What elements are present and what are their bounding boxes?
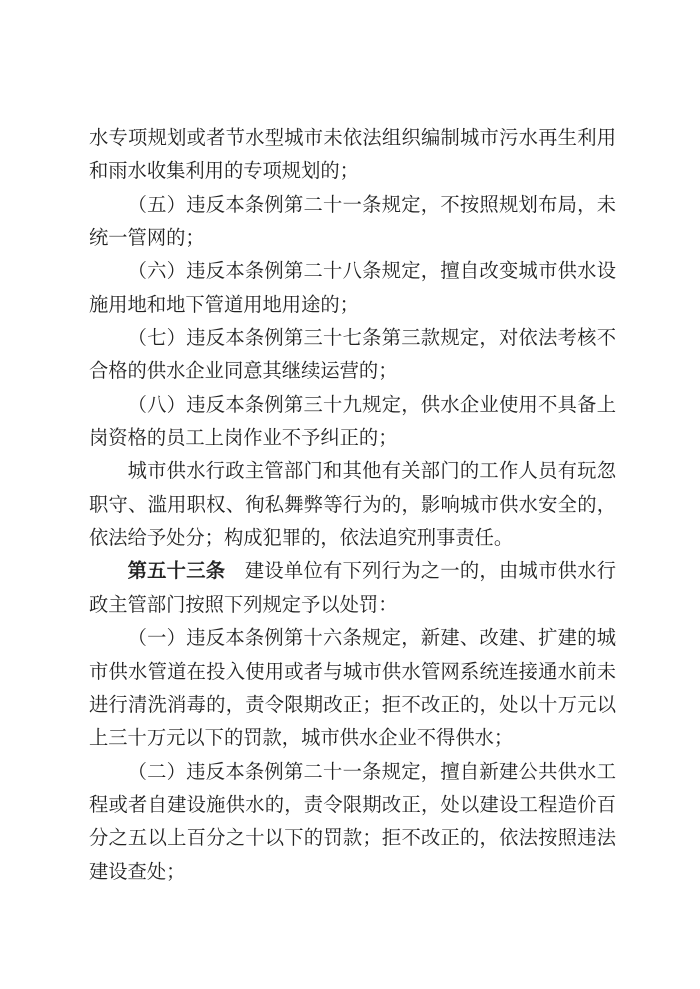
- article-number: 第五十三条: [128, 561, 226, 582]
- paragraph-continuation-clause: 水专项规划或者节水型城市未依法组织编制城市污水再生利用和雨水收集利用的专项规划的…: [89, 122, 616, 189]
- document-content: 水专项规划或者节水型城市未依法组织编制城市污水再生利用和雨水收集利用的专项规划的…: [89, 122, 616, 889]
- paragraph-clause-6: （六）违反本条例第二十八条规定，擅自改变城市供水设施用地和地下管道用地用途的；: [89, 255, 616, 322]
- paragraph-clause-7: （七）违反本条例第三十七条第三款规定，对依法考核不合格的供水企业同意其继续运营的…: [89, 322, 616, 389]
- paragraph-clause-2: （二）违反本条例第二十一条规定，擅自新建公共供水工程或者自建设施供水的，责令限期…: [89, 756, 616, 889]
- paragraph-clause-8: （八）违反本条例第三十九规定，供水企业使用不具备上岗资格的员工上岗作业不予纠正的…: [89, 389, 616, 456]
- document-page: 水专项规划或者节水型城市未依法组织编制城市污水再生利用和雨水收集利用的专项规划的…: [0, 0, 700, 989]
- paragraph-liability: 城市供水行政主管部门和其他有关部门的工作人员有玩忽职守、滥用职权、徇私舞弊等行为…: [89, 455, 616, 555]
- paragraph-article-53: 第五十三条 建设单位有下列行为之一的，由城市供水行政主管部门按照下列规定予以处罚…: [89, 555, 616, 622]
- paragraph-clause-1: （一）违反本条例第十六条规定，新建、改建、扩建的城市供水管道在投入使用或者与城市…: [89, 622, 616, 755]
- paragraph-clause-5: （五）违反本条例第二十一条规定，不按照规划布局，未统一管网的；: [89, 189, 616, 256]
